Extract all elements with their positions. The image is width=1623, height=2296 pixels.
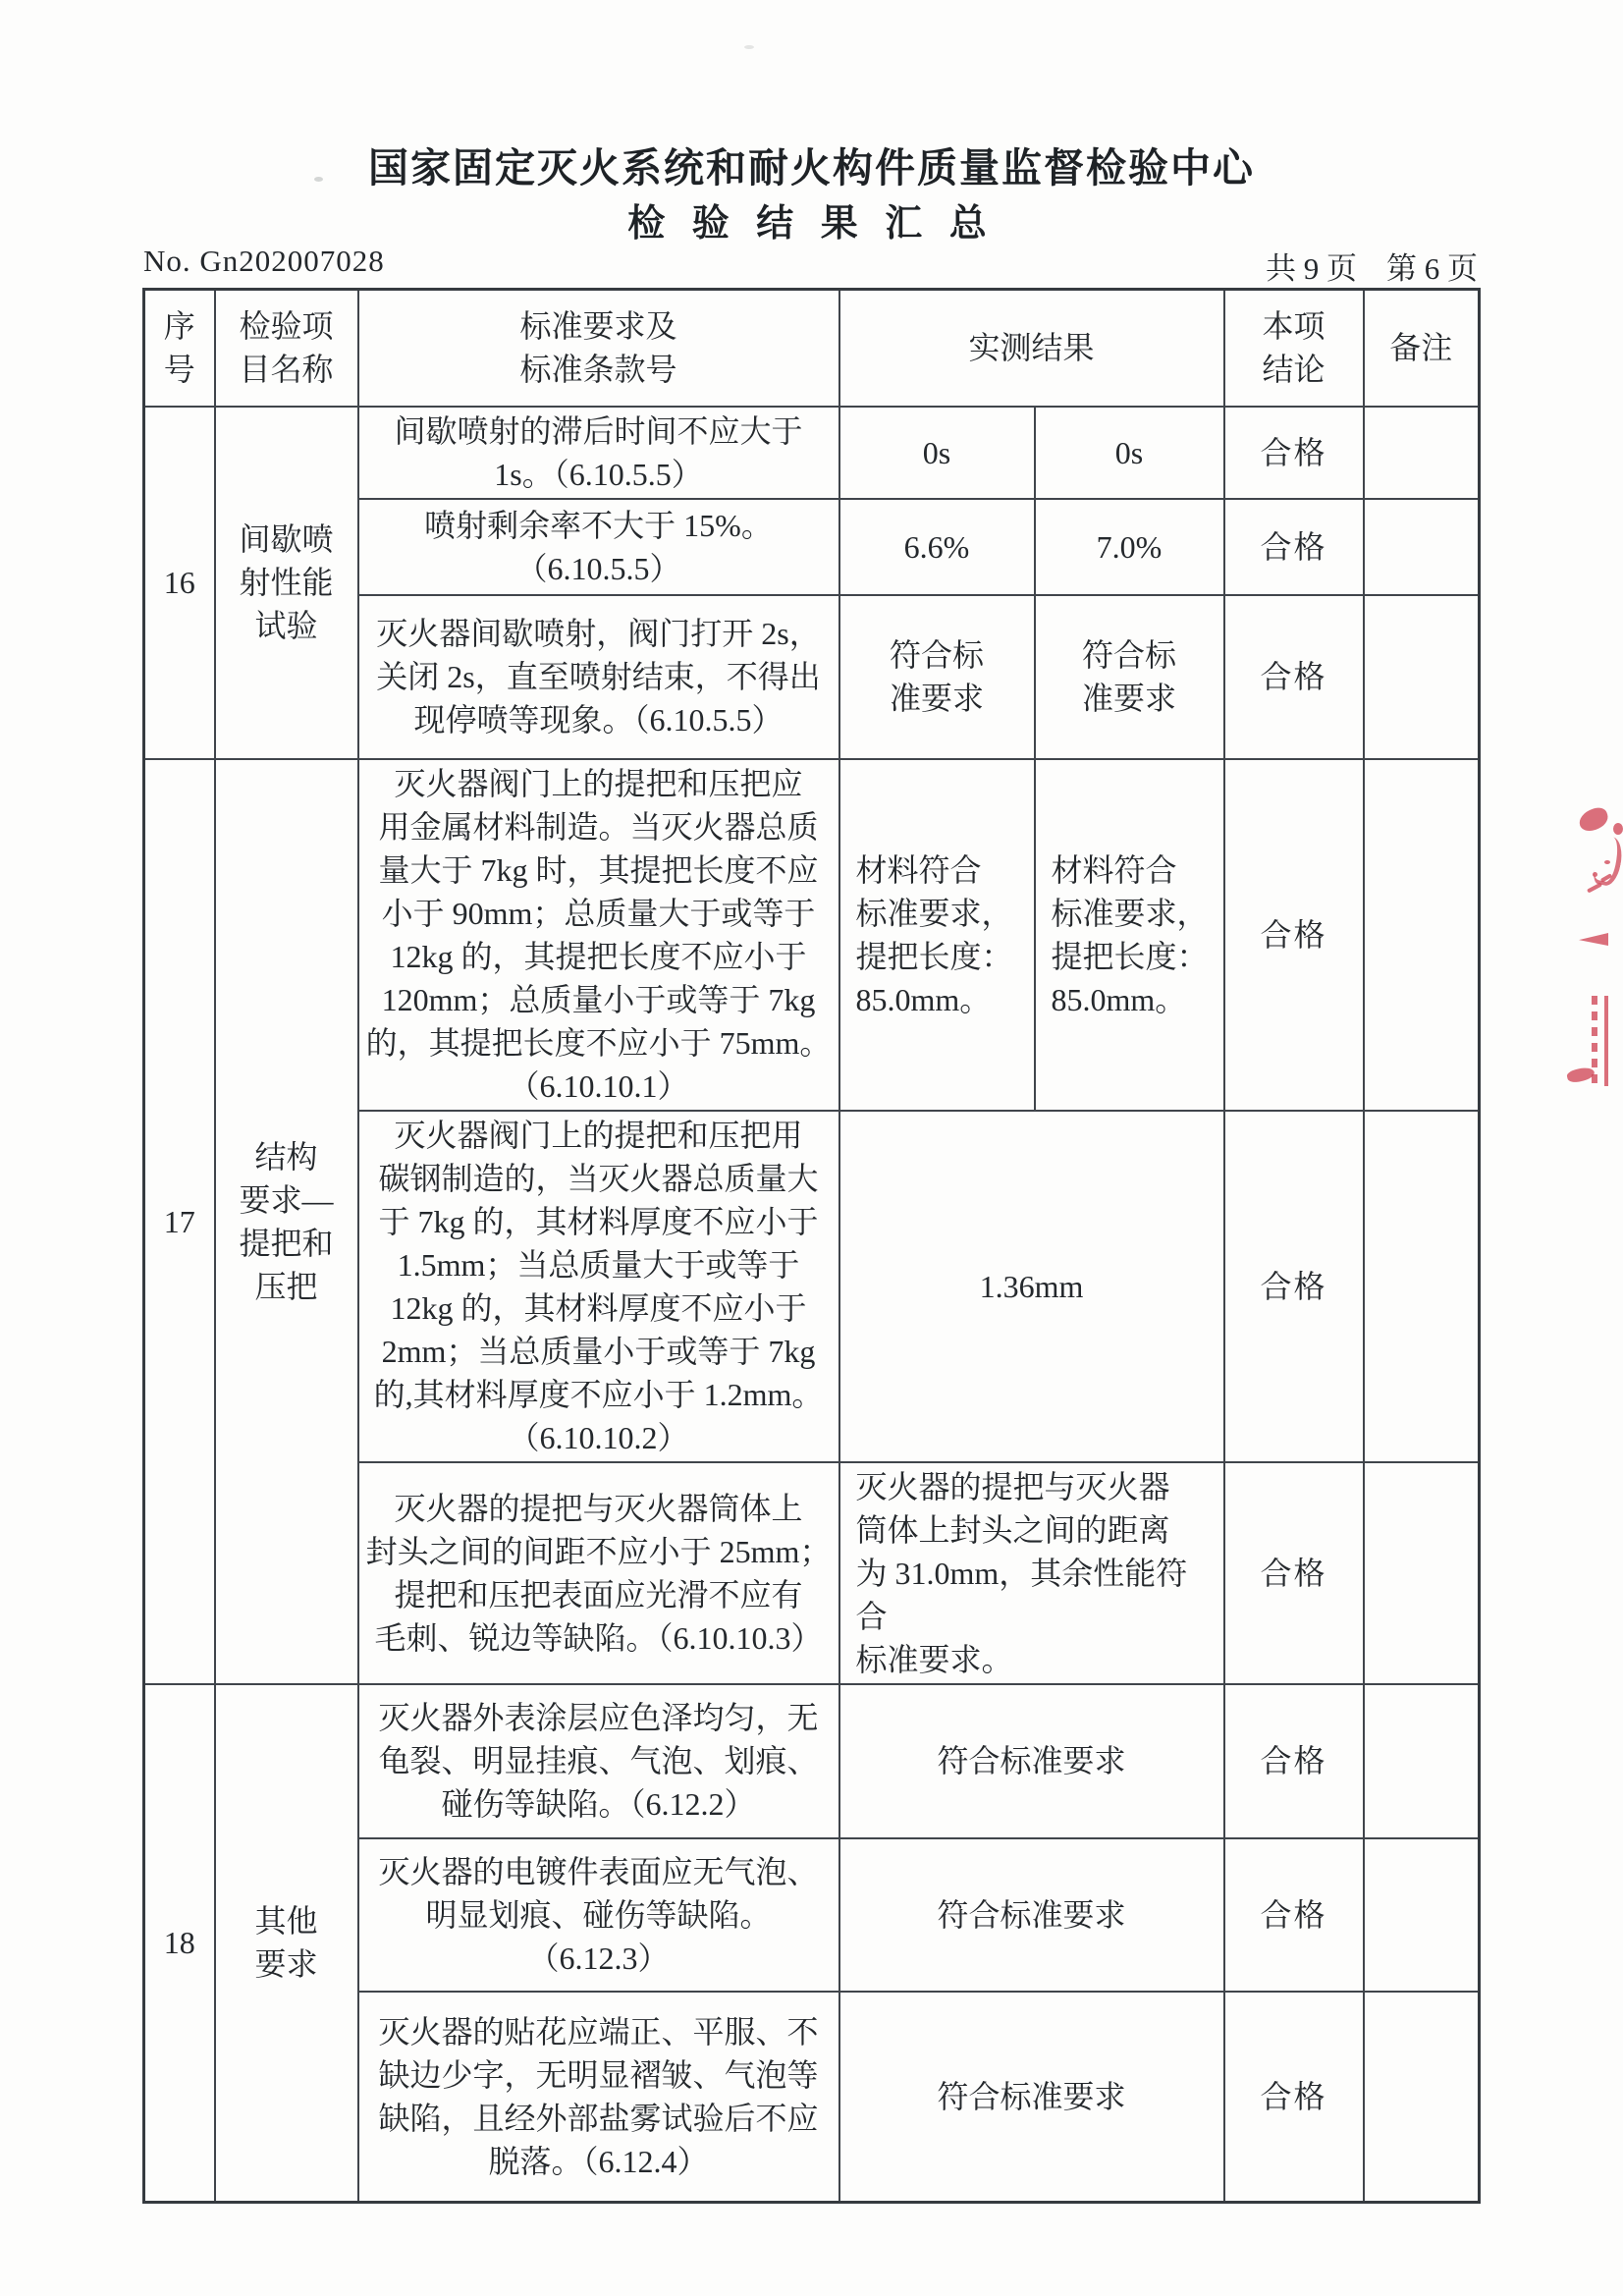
remark-cell xyxy=(1364,499,1480,595)
scanned-report-page: 国家固定灭火系统和耐火构件质量监督检验中心 检 验 结 果 汇 总 No. Gn… xyxy=(0,0,1623,2296)
remark-cell xyxy=(1364,759,1480,1111)
scan-artifact-red-mark xyxy=(1592,996,1597,1086)
seq-cell-18: 18 xyxy=(144,1684,215,2203)
result-cell-2: 7.0% xyxy=(1035,499,1224,595)
conclusion-cell: 合格 xyxy=(1224,1111,1364,1462)
remark-cell xyxy=(1364,407,1480,499)
scan-artifact-red-mark xyxy=(1600,873,1612,882)
page-indicator: 共 9 页第 6 页 xyxy=(1236,244,1478,288)
result-cell-2: 符合标 准要求 xyxy=(1035,595,1224,759)
scan-artifact-red-mark xyxy=(1566,1066,1596,1084)
total-pages: 共 9 页 xyxy=(1266,251,1357,286)
scan-artifact-red-mark xyxy=(1579,933,1608,946)
standard-cell: 灭火器外表涂层应色泽均匀，无 龟裂、明显挂痕、气泡、划痕、 碰伤等缺陷。（6.1… xyxy=(358,1684,839,1838)
current-page: 第 6 页 xyxy=(1386,251,1478,286)
conclusion-cell: 合格 xyxy=(1224,407,1364,499)
table-row: 18 其他 要求 灭火器外表涂层应色泽均匀，无 龟裂、明显挂痕、气泡、划痕、 碰… xyxy=(144,1684,1480,1838)
scan-artifact-red-mark xyxy=(1613,823,1623,835)
standard-cell: 间歇喷射的滞后时间不应大于 1s。（6.10.5.5） xyxy=(358,407,839,499)
result-cell-merged: 符合标准要求 xyxy=(839,1838,1224,1992)
conclusion-cell: 合格 xyxy=(1224,595,1364,759)
scan-artifact-red-mark xyxy=(1576,805,1610,834)
result-cell-merged: 符合标准要求 xyxy=(839,1992,1224,2203)
item-name-cell-17: 结构 要求— 提把和 压把 xyxy=(215,759,358,1684)
header-seq: 序 号 xyxy=(144,290,215,407)
standard-cell: 喷射剩余率不大于 15%。 （6.10.5.5） xyxy=(358,499,839,595)
conclusion-cell: 合格 xyxy=(1224,1684,1364,1838)
scan-artifact-red-mark xyxy=(1593,872,1597,877)
remark-cell xyxy=(1364,1111,1480,1462)
standard-cell: 灭火器阀门上的提把和压把应 用金属材料制造。当灭火器总质 量大于 7kg 时，其… xyxy=(358,759,839,1111)
seq-cell-17: 17 xyxy=(144,759,215,1684)
result-cell-2: 0s xyxy=(1035,407,1224,499)
seq-cell-16: 16 xyxy=(144,407,215,759)
scan-artifact-red-mark xyxy=(1604,996,1608,1086)
result-cell-merged: 灭火器的提把与灭火器 筒体上封头之间的距离 为 31.0mm，其余性能符合 标准… xyxy=(839,1462,1224,1684)
scan-artifact-speck xyxy=(744,45,754,49)
report-number: No. Gn202007028 xyxy=(143,244,385,279)
result-cell-1: 材料符合 标准要求， 提把长度： 85.0mm。 xyxy=(839,759,1035,1111)
scan-artifact-red-mark xyxy=(1604,860,1610,864)
header-remark: 备注 xyxy=(1364,290,1480,407)
standard-cell: 灭火器的提把与灭火器筒体上 封头之间的间距不应小于 25mm； 提把和压把表面应… xyxy=(358,1462,839,1684)
result-cell-merged: 符合标准要求 xyxy=(839,1684,1224,1838)
standard-cell: 灭火器间歇喷射，阀门打开 2s， 关闭 2s，直至喷射结束，不得出 现停喷等现象… xyxy=(358,595,839,759)
item-name-cell-16: 间歇喷 射性能 试验 xyxy=(215,407,358,759)
remark-cell xyxy=(1364,1684,1480,1838)
standard-cell: 灭火器的贴花应端正、平服、不 缺边少字，无明显褶皱、气泡等 缺陷，且经外部盐雾试… xyxy=(358,1992,839,2203)
page-subtitle: 检 验 结 果 汇 总 xyxy=(0,192,1623,246)
remark-cell xyxy=(1364,1462,1480,1684)
item-name-cell-18: 其他 要求 xyxy=(215,1684,358,2203)
result-cell-1: 0s xyxy=(839,407,1035,499)
table-header-row: 序 号 检验项 目名称 标准要求及 标准条款号 实测结果 本项 结论 备注 xyxy=(144,290,1480,407)
remark-cell xyxy=(1364,595,1480,759)
header-standard: 标准要求及 标准条款号 xyxy=(358,290,839,407)
scan-artifact-red-mark xyxy=(1587,882,1602,893)
scan-artifact-red-mark xyxy=(1592,835,1623,888)
result-cell-merged: 1.36mm xyxy=(839,1111,1224,1462)
conclusion-cell: 合格 xyxy=(1224,1462,1364,1684)
standard-cell: 灭火器阀门上的提把和压把用 碳钢制造的，当灭火器总质量大 于 7kg 的，其材料… xyxy=(358,1111,839,1462)
meta-row: No. Gn202007028 共 9 页第 6 页 xyxy=(0,244,1623,283)
header-item-name: 检验项 目名称 xyxy=(215,290,358,407)
conclusion-cell: 合格 xyxy=(1224,1838,1364,1992)
table-row: 16 间歇喷 射性能 试验 间歇喷射的滞后时间不应大于 1s。（6.10.5.5… xyxy=(144,407,1480,499)
result-cell-2: 材料符合 标准要求， 提把长度： 85.0mm。 xyxy=(1035,759,1224,1111)
table-row: 17 结构 要求— 提把和 压把 灭火器阀门上的提把和压把应 用金属材料制造。当… xyxy=(144,759,1480,1111)
conclusion-cell: 合格 xyxy=(1224,1992,1364,2203)
standard-cell: 灭火器的电镀件表面应无气泡、 明显划痕、碰伤等缺陷。 （6.12.3） xyxy=(358,1838,839,1992)
conclusion-cell: 合格 xyxy=(1224,499,1364,595)
header-conclusion: 本项 结论 xyxy=(1224,290,1364,407)
header-measured-result: 实测结果 xyxy=(839,290,1224,407)
result-cell-1: 符合标 准要求 xyxy=(839,595,1035,759)
result-cell-1: 6.6% xyxy=(839,499,1035,595)
page-title: 国家固定灭火系统和耐火构件质量监督检验中心 xyxy=(0,136,1623,193)
inspection-results-table: 序 号 检验项 目名称 标准要求及 标准条款号 实测结果 本项 结论 备注 16… xyxy=(142,288,1481,2204)
conclusion-cell: 合格 xyxy=(1224,759,1364,1111)
remark-cell xyxy=(1364,1992,1480,2203)
remark-cell xyxy=(1364,1838,1480,1992)
